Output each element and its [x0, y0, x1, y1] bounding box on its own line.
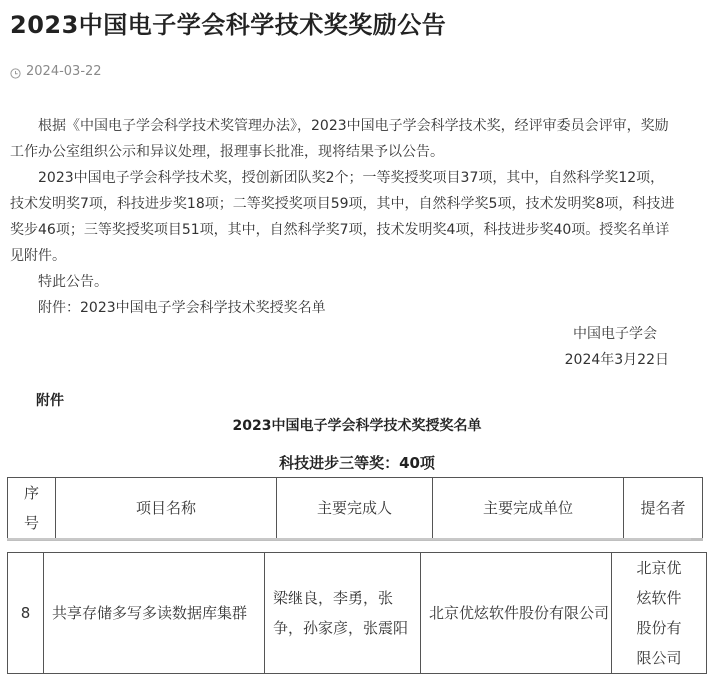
- paragraph-intro: 根据《中国电子学会科学技术奖管理办法》，2023中国电子学会科学技术奖，经评审委…: [10, 113, 675, 165]
- award-section-title: 科技进步三等奖：40项: [0, 452, 714, 474]
- award-table-body: 8 共享存储多写多读数据库集群 梁继良，李勇，张争，孙家彦，张震阳 北京优炫软件…: [7, 552, 707, 674]
- header-project: 项目名称: [56, 478, 277, 540]
- signature-date: 2024年3月22日: [10, 347, 675, 373]
- table-row: 8 共享存储多写多读数据库集群 梁继良，李勇，张争，孙家彦，张震阳 北京优炫软件…: [8, 553, 707, 674]
- header-nominator: 提名者: [624, 478, 703, 540]
- award-table-header: 序号 项目名称 主要完成人 主要完成单位 提名者: [7, 477, 703, 541]
- paragraph-summary: 2023中国电子学会科学技术奖，授创新团队奖2个；一等奖授奖项目37项，其中，自…: [10, 165, 675, 269]
- date-text: 2024-03-22: [26, 63, 102, 81]
- page-title: 2023中国电子学会科学技术奖奖励公告: [10, 8, 446, 42]
- attachment-label: 附件: [36, 390, 64, 412]
- cell-people: 梁继良，李勇，张争，孙家彦，张震阳: [265, 553, 421, 674]
- paragraph-closing: 特此公告。: [10, 269, 675, 295]
- header-unit: 主要完成单位: [433, 478, 624, 540]
- header-people: 主要完成人: [277, 478, 433, 540]
- publish-date: 2024-03-22: [10, 63, 102, 81]
- cell-nominator: 北京优炫软件股份有限公司: [612, 553, 707, 674]
- cell-project: 共享存储多写多读数据库集群: [44, 553, 265, 674]
- header-number: 序号: [8, 478, 56, 540]
- announcement-body: 根据《中国电子学会科学技术奖管理办法》，2023中国电子学会科学技术奖，经评审委…: [10, 113, 675, 373]
- table-cut-line: [7, 538, 691, 540]
- attachment-title: 2023中国电子学会科学技术奖授奖名单: [0, 415, 714, 437]
- table-header-row: 序号 项目名称 主要完成人 主要完成单位 提名者: [8, 478, 703, 540]
- attachment-reference: 附件：2023中国电子学会科学技术奖授奖名单: [10, 295, 675, 321]
- cell-number: 8: [8, 553, 44, 674]
- clock-icon: [10, 67, 21, 78]
- signature-org: 中国电子学会: [10, 321, 675, 347]
- cell-unit: 北京优炫软件股份有限公司: [421, 553, 612, 674]
